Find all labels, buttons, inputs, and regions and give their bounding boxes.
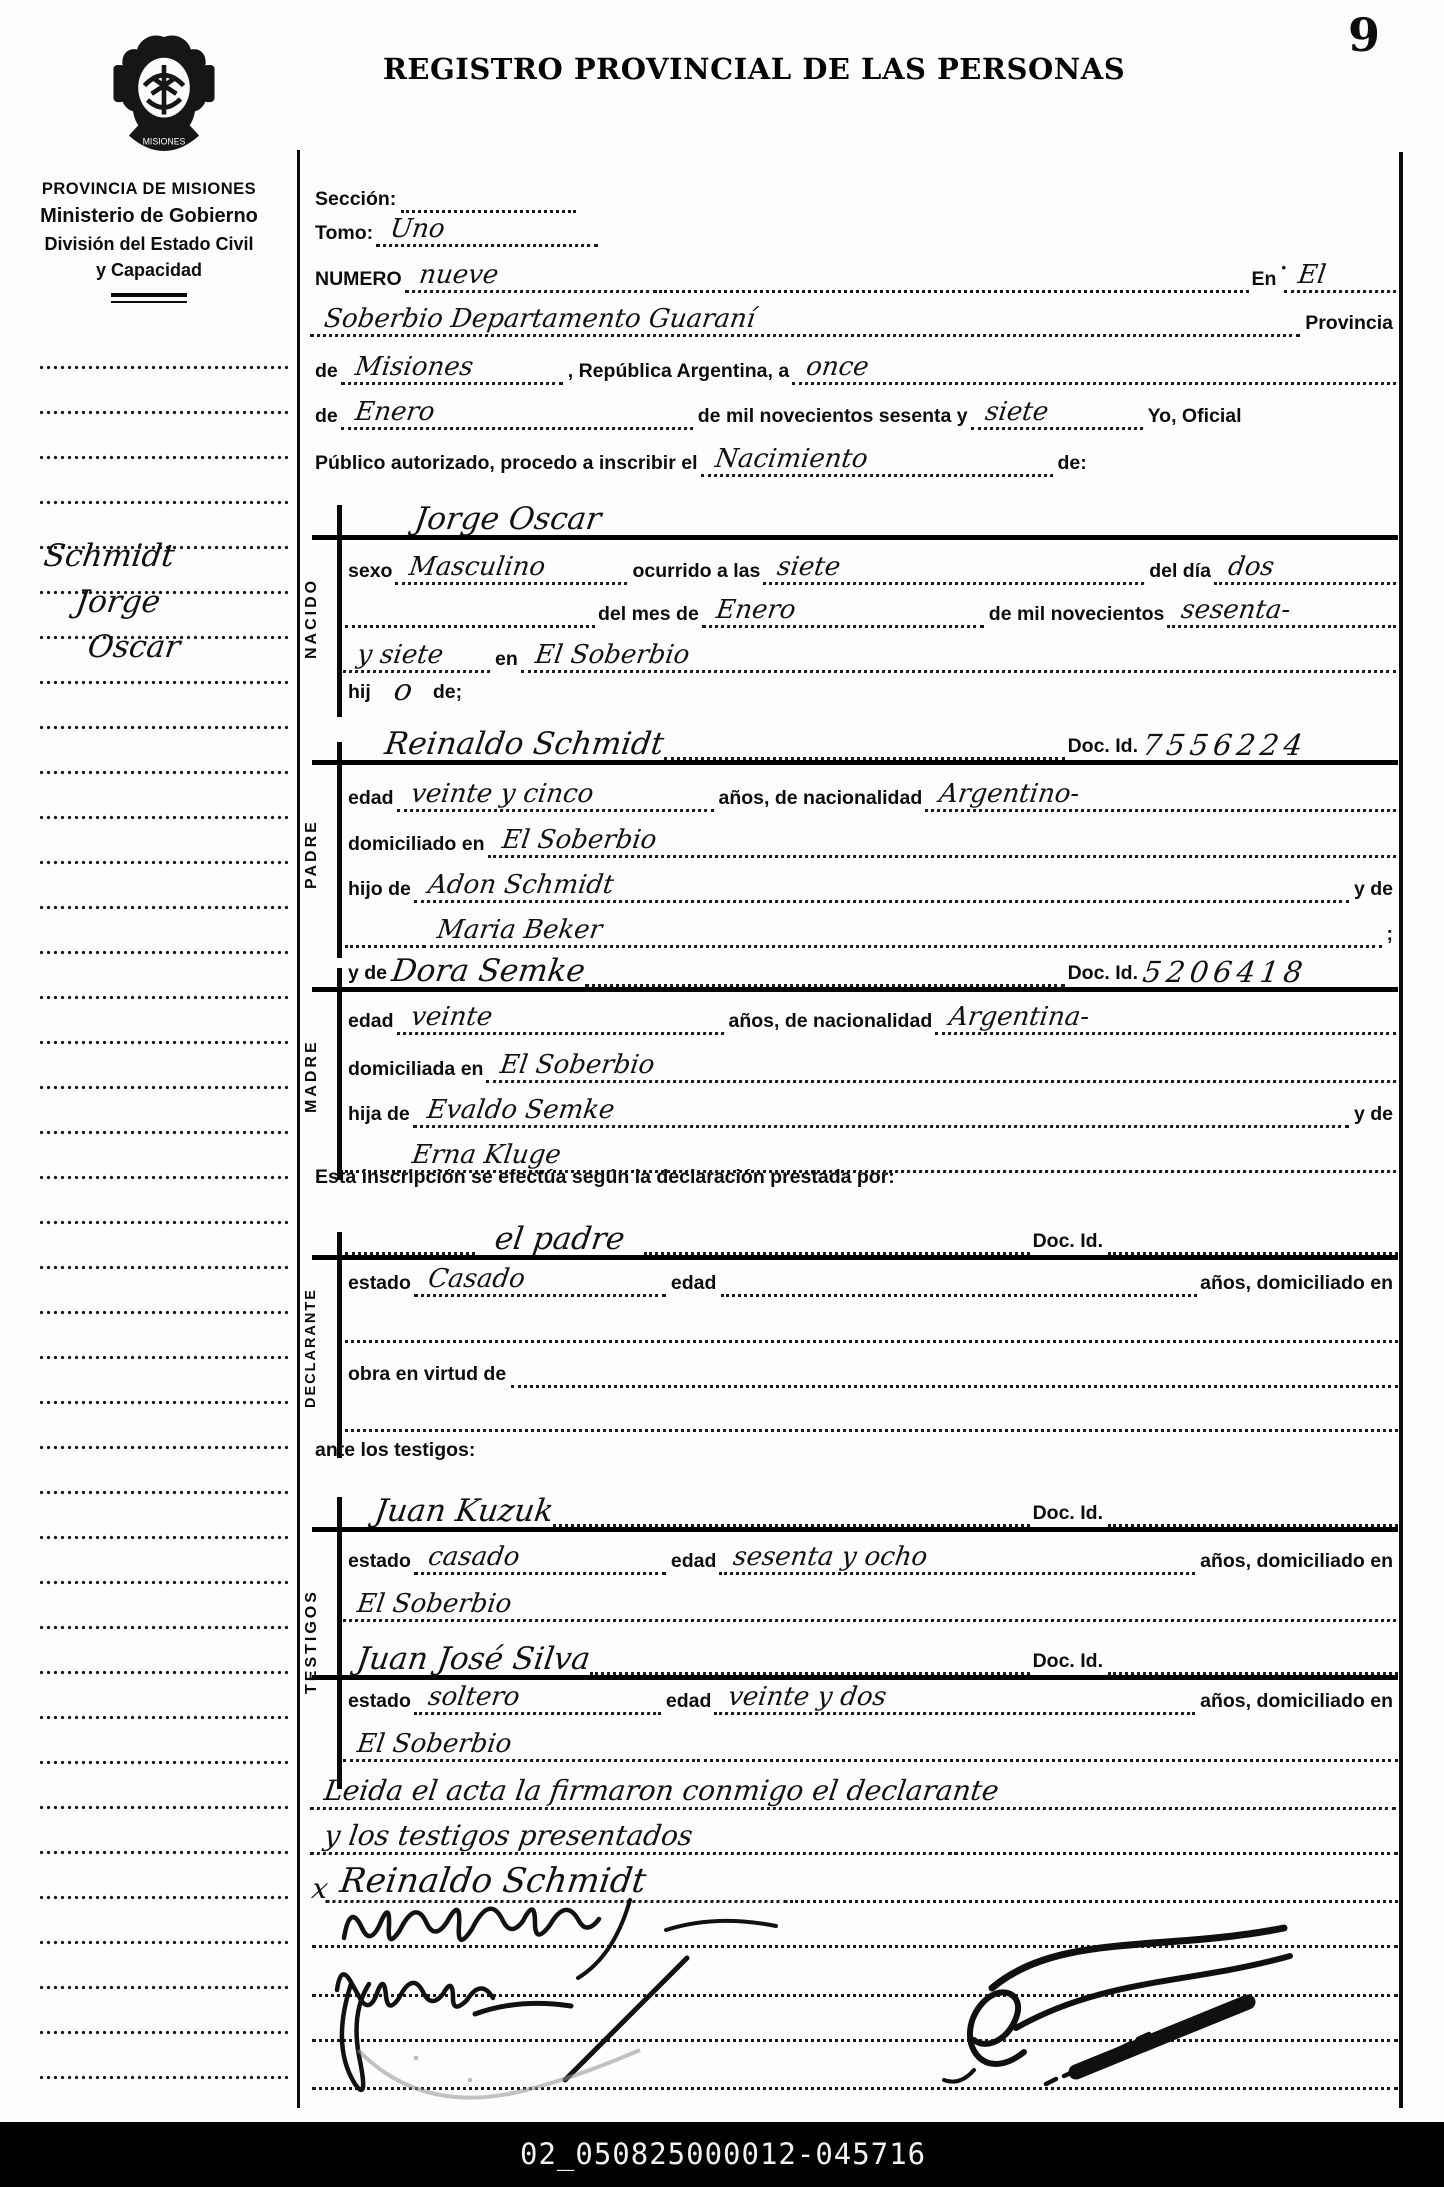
padre-hijo-de-label: hijo de bbox=[345, 879, 416, 903]
scan-code-text: 02_050825000012-045716 bbox=[520, 2122, 926, 2187]
nacido-hijo-row: hij o de; bbox=[312, 670, 1398, 706]
padre-nombre-row: Reinaldo Schmidt Doc. Id. 7556224 bbox=[312, 714, 1398, 765]
en-label: En bbox=[1249, 269, 1282, 293]
madre-hija-de-label: hija de bbox=[345, 1104, 415, 1128]
lugar-value: Soberbio Departamento Guaraní bbox=[310, 306, 1305, 337]
ink-smudge bbox=[352, 2022, 652, 2112]
right-border-line bbox=[1399, 152, 1403, 2108]
madre-doc-value: 5206418 bbox=[1141, 958, 1400, 987]
blank-line bbox=[345, 1340, 1398, 1343]
testigo2-anios-label: años, domiciliado en bbox=[1197, 1691, 1398, 1715]
anio-label: de mil novecientos bbox=[986, 604, 1170, 628]
testigo2-estado-row: estado soltero edad veinte y dos años, d… bbox=[312, 1675, 1398, 1715]
padre-doc-label: Doc. Id. bbox=[1065, 736, 1143, 760]
madre-edad-value: veinte bbox=[396, 1004, 727, 1035]
padre-y-de-label: y de bbox=[1351, 879, 1398, 903]
cierre-linea2-row: y los testigos presentados bbox=[312, 1815, 1398, 1855]
declaracion-intro: Esta inscripción se efectúa según la dec… bbox=[312, 1167, 900, 1188]
acto-value: Nacimiento bbox=[700, 446, 1056, 477]
testigo2-nombre-value: Juan José Silva bbox=[343, 1644, 592, 1675]
testigo1-domicilio-row: El Soberbio bbox=[312, 1582, 1398, 1622]
hijo-o-value: o bbox=[374, 676, 432, 706]
declarante-doc-blank bbox=[1108, 1252, 1398, 1255]
margin-divider-line bbox=[297, 150, 300, 2108]
form-body: Sección: Tomo: Uno NUMERO nueve En • El … bbox=[312, 0, 1398, 2187]
testigo2-nombre-row: Juan José Silva Doc. Id. bbox=[312, 1629, 1398, 1680]
testigo1-edad-value: sesenta y ocho bbox=[719, 1544, 1199, 1575]
declarante-estado-value: Casado bbox=[414, 1266, 670, 1297]
madre-domicilio-row: domiciliada en El Soberbio bbox=[312, 1043, 1398, 1083]
margin-middlename: Oscar bbox=[85, 629, 182, 665]
declarante-obra-row: obra en virtud de bbox=[312, 1348, 1398, 1388]
cierre-linea1-row: Leida el acta la firmaron conmigo el dec… bbox=[312, 1770, 1398, 1810]
field-row-lugar: Soberbio Departamento Guaraní Provincia bbox=[312, 297, 1398, 337]
madre-domicilio-value: El Soberbio bbox=[486, 1052, 1400, 1083]
declarante-nombre-blank bbox=[644, 1252, 1029, 1255]
document-page: { "page_number": "9", "title": "REGISTRO… bbox=[0, 0, 1444, 2187]
testigo2-domicilio-row: El Soberbio bbox=[312, 1722, 1398, 1762]
testigo1-doc-label: Doc. Id. bbox=[1030, 1503, 1108, 1527]
siglo-label: de mil novecientos sesenta y bbox=[695, 406, 973, 430]
testigo1-estado-value: casado bbox=[414, 1544, 670, 1575]
declarante-edad-label: edad bbox=[668, 1273, 722, 1297]
declarante-nombre-row: el padre Doc. Id. bbox=[312, 1209, 1398, 1260]
testigo1-estado-label: estado bbox=[345, 1551, 416, 1575]
inscribir-label: Público autorizado, procedo a inscribir … bbox=[312, 453, 703, 477]
firma-declarante-blank bbox=[790, 1900, 1398, 1903]
testigo2-domicilio-blank bbox=[697, 1759, 1398, 1762]
emblem-banner-text: MISIONES bbox=[143, 136, 186, 146]
obra-label: obra en virtud de bbox=[345, 1364, 511, 1388]
field-row-numero: NUMERO nueve En • El bbox=[312, 253, 1398, 293]
padre-edad-value: veinte y cinco bbox=[396, 781, 717, 812]
tomo-value: Uno bbox=[376, 216, 602, 247]
madre-edad-row: edad veinte años, de nacionalidad Argent… bbox=[312, 995, 1398, 1035]
declarante-doc-label: Doc. Id. bbox=[1030, 1231, 1108, 1255]
testigo2-doc-label: Doc. Id. bbox=[1030, 1651, 1108, 1675]
en-value: El bbox=[1284, 262, 1400, 293]
madre-abuelo-value: Evaldo Semke bbox=[413, 1097, 1354, 1128]
de-final-label: de: bbox=[1055, 453, 1092, 477]
nacido-sexo-row: sexo Masculino ocurrido a las siete del … bbox=[312, 545, 1398, 585]
cierre-linea2: y los testigos presentados bbox=[310, 1822, 957, 1855]
republica-label: , República Argentina, a bbox=[565, 361, 794, 385]
madre-edad-label: edad bbox=[345, 1011, 399, 1035]
official-signature bbox=[928, 1922, 1298, 2102]
declarante-nombre-lead bbox=[345, 1252, 475, 1255]
testigo1-domicilio-value: El Soberbio bbox=[343, 1591, 1400, 1622]
declarante-blank-row-2 bbox=[312, 1402, 1398, 1432]
testigo2-edad-label: edad bbox=[663, 1691, 717, 1715]
padre-nombre-value: Reinaldo Schmidt bbox=[343, 729, 666, 760]
cierre-linea1: Leida el acta la firmaron conmigo el dec… bbox=[310, 1777, 1401, 1810]
de2-label: de bbox=[312, 406, 343, 430]
mes-value: Enero bbox=[341, 399, 697, 430]
madre-y-de-label: y de bbox=[345, 963, 392, 987]
obra-blank bbox=[511, 1385, 1398, 1388]
padre-nombre-blank bbox=[664, 757, 1065, 760]
hijo-label: hij bbox=[345, 682, 376, 706]
numero-label: NUMERO bbox=[312, 269, 407, 293]
madre-nombre-row: y de Dora Semke Doc. Id. 5206418 bbox=[312, 941, 1398, 992]
margin-ruled-lines bbox=[38, 326, 290, 2101]
ministry-name: Ministerio de Gobierno bbox=[8, 202, 290, 231]
field-row-fecha: de Enero de mil novecientos sesenta y si… bbox=[312, 390, 1398, 430]
yo-oficial-label: Yo, Oficial bbox=[1145, 406, 1247, 430]
field-row-tomo: Tomo: Uno bbox=[312, 207, 1398, 247]
madre-y-de2-label: y de bbox=[1351, 1104, 1398, 1128]
padre-domicilio-row: domiciliado en El Soberbio bbox=[312, 818, 1398, 858]
declarante-nombre-value: el padre bbox=[473, 1224, 647, 1255]
anio-value2: y siete bbox=[343, 642, 494, 673]
provincia-value: Misiones bbox=[341, 354, 567, 385]
division-name-line1: División del Estado Civil bbox=[8, 231, 290, 257]
madre-nacionalidad-label: años, de nacionalidad bbox=[726, 1011, 938, 1035]
testigo2-estado-label: estado bbox=[345, 1691, 416, 1715]
division-name-line2: y Capacidad bbox=[8, 257, 290, 283]
misiones-coat-of-arms-icon: MISIONES bbox=[112, 34, 216, 166]
scan-code-bar: 02_050825000012-045716 bbox=[0, 2122, 1444, 2187]
madre-doc-label: Doc. Id. bbox=[1065, 963, 1143, 987]
nacido-lugar-value: El Soberbio bbox=[521, 642, 1401, 673]
dia-label: del día bbox=[1146, 561, 1216, 585]
padre-edad-row: edad veinte y cinco años, de nacionalida… bbox=[312, 772, 1398, 812]
madre-nombre-value: Dora Semke bbox=[390, 956, 587, 987]
field-row-provincia: de Misiones , República Argentina, a onc… bbox=[312, 345, 1398, 385]
testigo2-estado-value: soltero bbox=[414, 1684, 665, 1715]
numero-value: nueve bbox=[404, 262, 660, 293]
declarante-anios-label: años, domiciliado en bbox=[1197, 1273, 1398, 1297]
testigo1-edad-label: edad bbox=[668, 1551, 722, 1575]
testigos-intro-label: ante los testigos: bbox=[312, 1439, 480, 1464]
sexo-label: sexo bbox=[345, 561, 397, 585]
nacido-mes-blank bbox=[345, 625, 595, 628]
testigo2-edad-value: veinte y dos bbox=[714, 1684, 1199, 1715]
madre-abuelo-row: hija de Evaldo Semke y de bbox=[312, 1088, 1398, 1128]
cierre-linea2-blank bbox=[954, 1852, 1398, 1855]
tomo-label: Tomo: bbox=[312, 223, 378, 247]
testigo1-nombre-row: Juan Kuzuk Doc. Id. bbox=[312, 1481, 1398, 1532]
en-superscript-dot: • bbox=[1281, 260, 1286, 275]
issuing-authority: PROVINCIA DE MISIONES Ministerio de Gobi… bbox=[8, 178, 290, 303]
testigo1-nombre-value: Juan Kuzuk bbox=[343, 1496, 556, 1527]
padre-doc-value: 7556224 bbox=[1141, 731, 1400, 760]
testigo1-nombre-blank bbox=[553, 1524, 1029, 1527]
testigo2-domicilio-value: El Soberbio bbox=[343, 1731, 699, 1762]
padre-domicilio-value: El Soberbio bbox=[487, 827, 1400, 858]
province-name: PROVINCIA DE MISIONES bbox=[8, 178, 290, 202]
sexo-value: Masculino bbox=[395, 554, 631, 585]
mes-label: del mes de bbox=[595, 604, 704, 628]
padre-abuelo-value: Adon Schmidt bbox=[414, 872, 1353, 903]
padre-edad-label: edad bbox=[345, 788, 399, 812]
hora-value: siete bbox=[763, 554, 1148, 585]
testigo1-estado-row: estado casado edad sesenta y ocho años, … bbox=[312, 1535, 1398, 1575]
margin-surname: Schmidt bbox=[41, 538, 176, 574]
declarante-estado-label: estado bbox=[345, 1273, 416, 1297]
mes-value: Enero bbox=[702, 597, 988, 628]
nacido-mes-row: del mes de Enero de mil novecientos sese… bbox=[312, 588, 1398, 628]
decorative-rule bbox=[111, 293, 187, 303]
nacido-lugar-row: y siete en El Soberbio bbox=[312, 633, 1398, 673]
field-row-acto: Público autorizado, procedo a inscribir … bbox=[312, 437, 1398, 477]
declaracion-intro-label: Esta inscripción se efectúa según la dec… bbox=[312, 1166, 900, 1191]
hora-label: ocurrido a las bbox=[629, 561, 765, 585]
hijo-de-label: de; bbox=[430, 682, 467, 706]
padre-nacionalidad-value: Argentino- bbox=[925, 781, 1400, 812]
numero-blank bbox=[659, 290, 1249, 293]
anio-value: sesenta- bbox=[1167, 597, 1400, 628]
declarante-estado-row: estado Casado edad años, domiciliado en bbox=[312, 1257, 1398, 1297]
dia-value: dos bbox=[1214, 554, 1400, 585]
declarante-blank-row-1 bbox=[312, 1313, 1398, 1343]
anio-value: siete bbox=[970, 399, 1146, 430]
de-label: de bbox=[312, 361, 343, 385]
testigos-intro: ante los testigos: bbox=[312, 1440, 480, 1461]
madre-nacionalidad-value: Argentina- bbox=[935, 1004, 1400, 1035]
provincia-label: Provincia bbox=[1302, 313, 1398, 337]
dia-value: once bbox=[792, 354, 1400, 385]
testigo1-doc-blank bbox=[1108, 1524, 1398, 1527]
margin-firstname: Jorge bbox=[73, 584, 162, 620]
padre-abuelo-row: hijo de Adon Schmidt y de bbox=[312, 863, 1398, 903]
declarante-edad-blank bbox=[721, 1294, 1197, 1297]
testigo1-anios-label: años, domiciliado en bbox=[1197, 1551, 1398, 1575]
padre-domicilio-label: domiciliado en bbox=[345, 834, 490, 858]
blank-line bbox=[345, 1429, 1398, 1432]
madre-domicilio-label: domiciliada en bbox=[345, 1059, 488, 1083]
nacido-nombre-row: Jorge Oscar bbox=[312, 489, 1398, 540]
madre-nombre-blank bbox=[585, 984, 1065, 987]
nacido-nombre-value: Jorge Oscar bbox=[343, 504, 603, 535]
padre-nacionalidad-label: años, de nacionalidad bbox=[716, 788, 928, 812]
